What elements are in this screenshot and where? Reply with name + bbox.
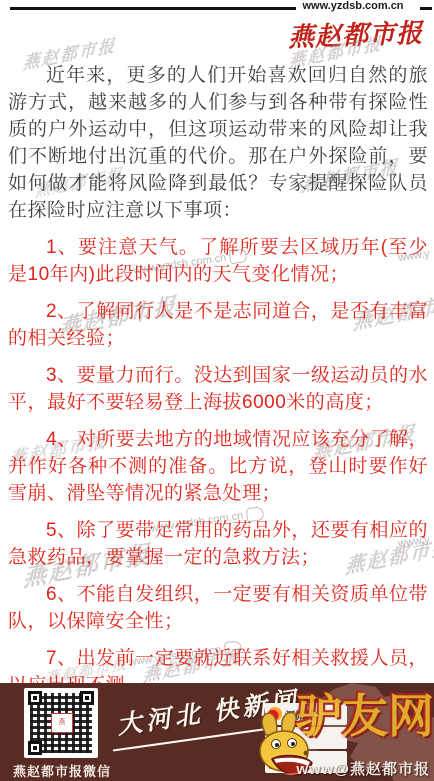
weibo-handle-watermark: www@燕赵都市报 <box>296 758 430 779</box>
article-page: www.yzdsb.com.cn 燕赵都市报 燕赵都市报 燕赵都市报 燕赵都市报… <box>0 0 434 781</box>
qr-caption: 燕赵都市报微信 <box>12 761 112 780</box>
tip-item-4: 4、对所要去地方的地域情况应该充分了解，并作好各种不测的准备。比方说，登山时要作… <box>8 426 428 507</box>
tip-item-1: 1、要注意天气。了解所要去区域历年(至少是10年内)此段时间内的天气变化情况； <box>8 234 428 288</box>
qr-finder-icon <box>28 741 42 755</box>
brand-logo: 燕赵都市报 <box>287 13 420 55</box>
intro-paragraph: 近年来，更多的人们开始喜欢回归自然的旅游方式，越来越多的人们参与到各种带有探险性… <box>8 62 428 224</box>
header-rule <box>10 7 296 10</box>
header-rule-dash <box>420 7 432 10</box>
tip-item-3: 3、要量力而行。没达到国家一级运动员的水平，最好不要轻易登上海拔6000米的高度… <box>8 362 428 416</box>
footer-banner: 燕 燕赵都市报微信 大河北 快新闻 河微博 <box>0 683 434 781</box>
site-url: www.yzdsb.com.cn <box>288 0 418 12</box>
tip-item-5: 5、除了要带足常用的药品外，还要有相应的急救药品，要掌握一定的急救方法； <box>8 517 428 571</box>
article-body: 近年来，更多的人们开始喜欢回归自然的旅游方式，越来越多的人们参与到各种带有探险性… <box>8 62 428 709</box>
tip-item-2: 2、了解同行人是不是志同道合，是否有丰富的相关经验； <box>8 298 428 352</box>
qr-center-logo: 燕 <box>51 713 73 733</box>
qr-finder-icon <box>80 691 94 705</box>
wechat-qr-code: 燕 <box>24 688 98 758</box>
tip-item-6: 6、不能自发组织，一定要有相关资质单位带队，以保障安全性； <box>8 581 428 635</box>
qr-finder-icon <box>28 691 42 705</box>
